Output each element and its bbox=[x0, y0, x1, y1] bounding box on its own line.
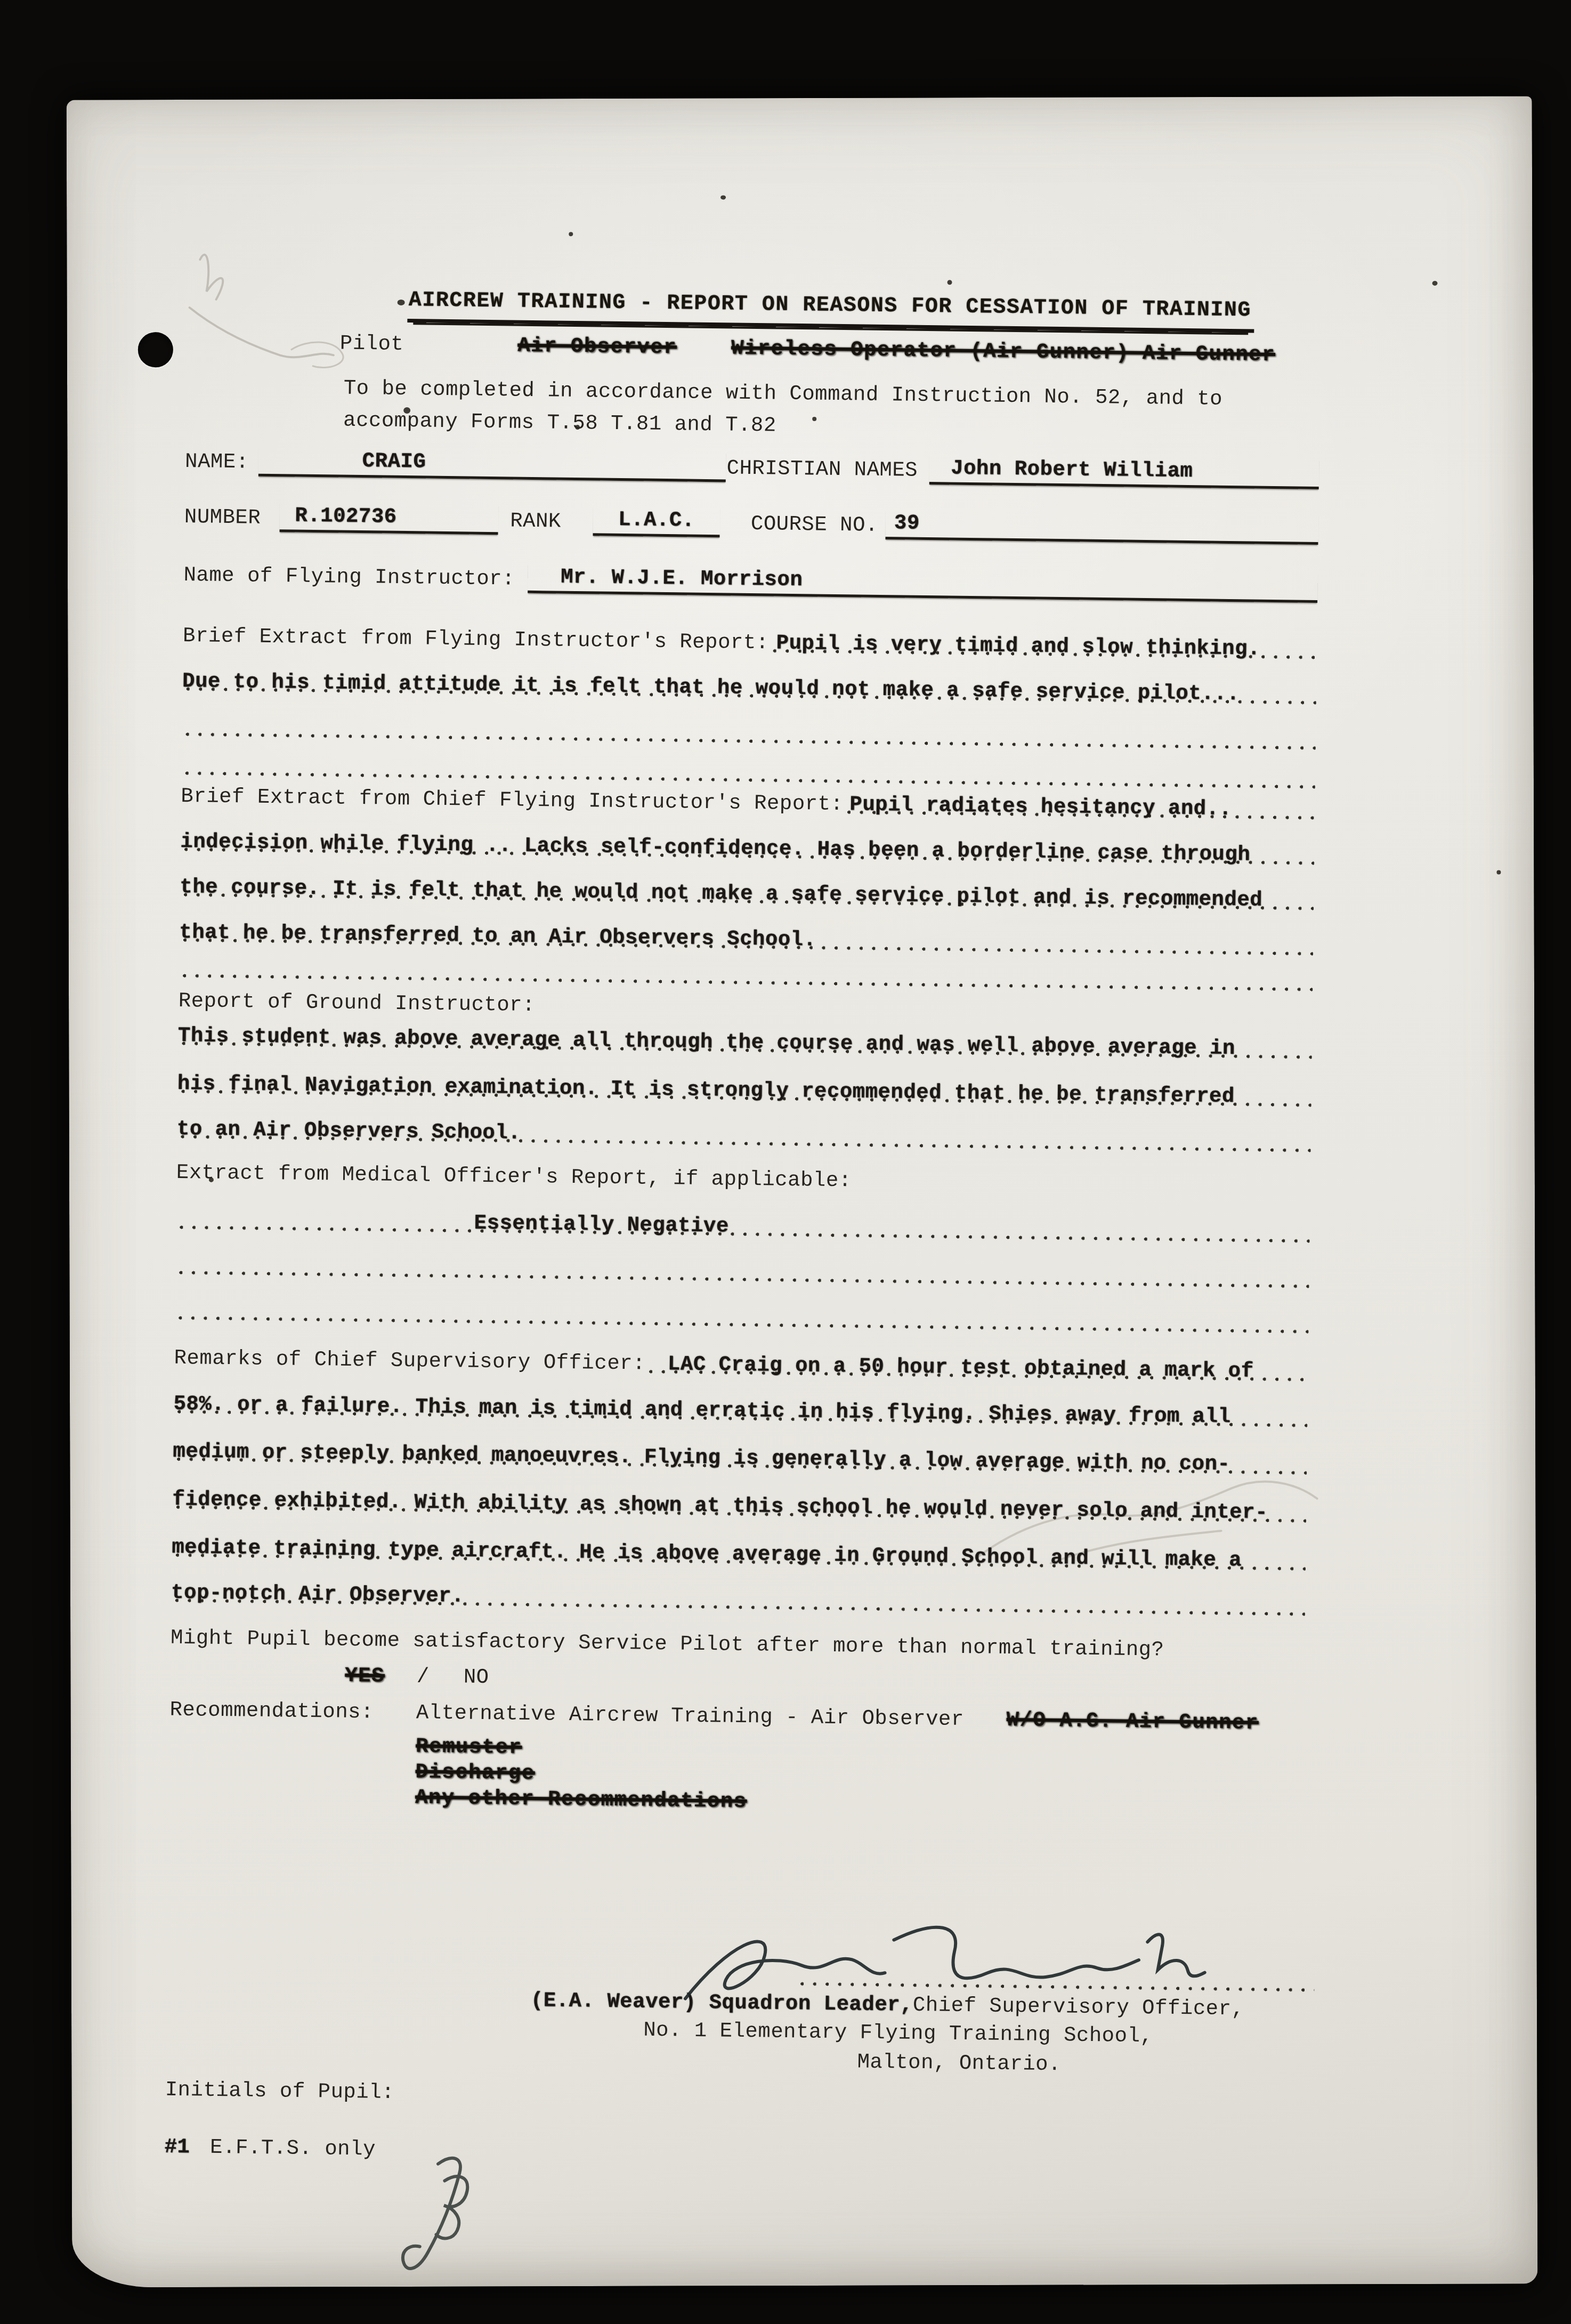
flying-instructor-field: Mr. W.J.E. Morrison bbox=[528, 563, 1318, 603]
dotted-rule bbox=[174, 1296, 1308, 1338]
name-value: CRAIG bbox=[258, 448, 426, 474]
cfi-extract-label: Brief Extract from Chief Flying Instruct… bbox=[181, 782, 844, 818]
course-no-value: 39 bbox=[886, 511, 920, 535]
trade-air-observer-struck: Air Observer bbox=[517, 334, 677, 360]
rank-label: RANK bbox=[510, 507, 561, 535]
cfi-extract-entry: Pupil radiates hesitancy and.. bbox=[843, 793, 1232, 821]
medical-extract-field bbox=[851, 1195, 1310, 1200]
recommendation-selected-line: Alternative Aircrew Training - Air Obser… bbox=[416, 1699, 1259, 1737]
recommendations-label: Recommendations: bbox=[169, 1696, 374, 1726]
medical-entry: Essentially Negative bbox=[474, 1212, 729, 1238]
number-label: NUMBER bbox=[184, 503, 261, 532]
cfi-extract-line: indecision while flying .. Lacks self-co… bbox=[180, 828, 1314, 869]
footer-block: Initials of Pupil: #1 E.F.T.S. only bbox=[164, 2076, 1299, 2175]
option-remuster: Remuster bbox=[416, 1734, 522, 1759]
cfi-extract-line: the course. It is felt that he would not… bbox=[180, 873, 1314, 915]
number-rank-course-row: NUMBER R.102736 RANK L.A.C. COURSE NO. 3… bbox=[184, 501, 1319, 545]
ink-specks bbox=[67, 96, 1532, 100]
trade-wireless-operator-struck: Wireless Operator (Air Gunner) Air Gunne… bbox=[731, 336, 1276, 366]
fi-extract-heading-row: Brief Extract from Flying Instructor's R… bbox=[183, 622, 1317, 664]
remarks-entry-line3: medium or steeply banked manoeuvres. Fly… bbox=[173, 1440, 1230, 1476]
ground-instructor-entry-line1: This student was above average all throu… bbox=[178, 1024, 1235, 1060]
remarks-heading-row: Remarks of Chief Supervisory Officer: LA… bbox=[174, 1344, 1308, 1386]
name-row: NAME: CRAIG CHRISTIAN NAMES John Robert … bbox=[185, 445, 1319, 489]
medical-entry-line: Essentially Negative bbox=[175, 1206, 1309, 1247]
fi-extract-line: Due to his timid attitude it is felt tha… bbox=[182, 667, 1316, 709]
remarks-line: 58%. or a failure. This man is timid and… bbox=[173, 1390, 1307, 1432]
cfi-extract-line: that he be transferred to an Air Observe… bbox=[179, 918, 1313, 960]
recommendation-suffix-struck: W/O A.G. Air Gunner bbox=[1006, 1708, 1259, 1735]
signature-block: (E.A. Weaver) Squadron Leader,Chief Supe… bbox=[530, 1952, 1315, 2083]
remarks-entry-line5: mediate training type aircraft. He is ab… bbox=[172, 1536, 1242, 1572]
medical-extract-label: Extract from Medical Officer's Report, i… bbox=[176, 1159, 852, 1195]
remarks-entry-line6: top-notch Air Observer. bbox=[171, 1581, 464, 1608]
remarks-line: medium or steeply banked manoeuvres. Fly… bbox=[173, 1438, 1307, 1479]
remarks-label: Remarks of Chief Supervisory Officer: bbox=[174, 1344, 645, 1378]
option-any-other: Any other Recommendations bbox=[415, 1786, 747, 1813]
course-no-field: 39 bbox=[886, 509, 1319, 545]
cfi-extract-entry-line4: that he be transferred to an Air Observe… bbox=[179, 921, 816, 952]
trade-selection-line: Pilot Air Observer Wireless Operator (Ai… bbox=[340, 330, 1321, 369]
no-option: NO bbox=[463, 1666, 489, 1690]
flying-instructor-label: Name of Flying Instructor: bbox=[183, 561, 515, 593]
remarks-line: top-notch Air Observer. bbox=[171, 1579, 1305, 1620]
course-no-label: COURSE NO. bbox=[751, 510, 879, 539]
efts-note-prefix: #1 bbox=[164, 2135, 190, 2159]
option-discharge: Discharge bbox=[415, 1760, 535, 1785]
recommendation-selected: Alternative Aircrew Training - Air Obser… bbox=[416, 1701, 964, 1731]
cfi-extract-entry-line2: indecision while flying .. Lacks self-co… bbox=[180, 830, 1250, 867]
signatory-location-line: Malton, Ontario. bbox=[857, 2047, 1314, 2083]
rank-value: L.A.C. bbox=[618, 508, 695, 532]
christian-names-field: John Robert William bbox=[929, 454, 1319, 489]
weaver-signature bbox=[664, 1905, 1294, 2019]
name-label: NAME: bbox=[185, 448, 249, 476]
ground-instructor-entry-line3: to an Air Observers School. bbox=[177, 1117, 521, 1145]
remarks-line: mediate training type aircraft. He is ab… bbox=[172, 1534, 1306, 1575]
cfi-extract-field: Pupil radiates hesitancy and.. bbox=[843, 790, 1315, 824]
remarks-entry: LAC Craig on a 50 hour test obtained a m… bbox=[645, 1352, 1254, 1383]
ground-instructor-line: his final Navigation examination. It is … bbox=[177, 1070, 1311, 1111]
punch-hole bbox=[138, 332, 173, 367]
yes-option-struck: YES bbox=[345, 1664, 385, 1688]
christian-names-label: CHRISTIAN NAMES bbox=[726, 454, 918, 484]
remarks-entry-line4: fidence exhibited. With ability as shown… bbox=[172, 1488, 1268, 1524]
ground-instructor-line: This student was above average all throu… bbox=[178, 1022, 1312, 1063]
ground-instructor-entry-line2: his final Navigation examination. It is … bbox=[177, 1072, 1235, 1108]
dotted-rule bbox=[182, 713, 1316, 754]
fi-extract-entry-line2: Due to his timid attitude it is felt tha… bbox=[182, 669, 1240, 706]
initials-of-pupil-label: Initials of Pupil: bbox=[165, 2078, 395, 2104]
medical-heading-row: Extract from Medical Officer's Report, i… bbox=[176, 1159, 1310, 1200]
remarks-field: LAC Craig on a 50 hour test obtained a m… bbox=[645, 1350, 1308, 1386]
fi-extract-entry: Pupil is very timid and slow thinking. bbox=[768, 631, 1260, 660]
remarks-entry-line2: 58%. or a failure. This man is timid and… bbox=[173, 1392, 1230, 1429]
ground-instructor-label: Report of Ground Instructor: bbox=[179, 989, 536, 1017]
number-value: R.102736 bbox=[280, 504, 397, 529]
cfi-extract-entry-line3: the course. It is felt that he would not… bbox=[180, 875, 1262, 912]
number-field: R.102736 bbox=[280, 502, 499, 535]
remarks-line: fidence exhibited. With ability as shown… bbox=[172, 1486, 1306, 1527]
name-field: CRAIG bbox=[258, 446, 726, 482]
pupil-initials-handwritten bbox=[373, 2137, 490, 2291]
fi-extract-label: Brief Extract from Flying Instructor's R… bbox=[183, 622, 769, 657]
yes-no-slash: / bbox=[417, 1665, 430, 1688]
form-content: AIRCREW TRAINING - REPORT ON REASONS FOR… bbox=[164, 272, 1321, 2175]
scanned-form-page: AIRCREW TRAINING - REPORT ON REASONS FOR… bbox=[67, 96, 1538, 2287]
ground-instructor-line: to an Air Observers School. bbox=[177, 1115, 1311, 1157]
question-text: Might Pupil become satisfactory Service … bbox=[171, 1626, 1164, 1662]
flying-instructor-value: Mr. W.J.E. Morrison bbox=[528, 565, 803, 592]
completion-instructions: To be completed in accordance with Comma… bbox=[343, 373, 1320, 448]
rank-field: L.A.C. bbox=[593, 505, 720, 537]
form-title: AIRCREW TRAINING - REPORT ON REASONS FOR… bbox=[407, 287, 1254, 333]
question-line: Might Pupil become satisfactory Service … bbox=[171, 1624, 1305, 1666]
initials-of-pupil-line: Initials of Pupil: bbox=[165, 2076, 1299, 2118]
recommendations-row: Recommendations: Alternative Aircrew Tra… bbox=[168, 1696, 1303, 1821]
efts-note-line: #1 E.F.T.S. only bbox=[164, 2133, 1298, 2175]
christian-names-value: John Robert William bbox=[929, 456, 1193, 483]
recommendations-options: Alternative Aircrew Training - Air Obser… bbox=[415, 1699, 1259, 1820]
trade-pilot-label: Pilot bbox=[340, 332, 404, 356]
efts-note-text: E.F.T.S. only bbox=[210, 2136, 376, 2161]
yes-no-line: YES / NO bbox=[345, 1662, 1305, 1701]
fi-extract-field: Pupil is very timid and slow thinking. bbox=[768, 629, 1317, 664]
flying-instructor-row: Name of Flying Instructor: Mr. W.J.E. Mo… bbox=[183, 559, 1318, 603]
dotted-rule bbox=[175, 1251, 1309, 1293]
